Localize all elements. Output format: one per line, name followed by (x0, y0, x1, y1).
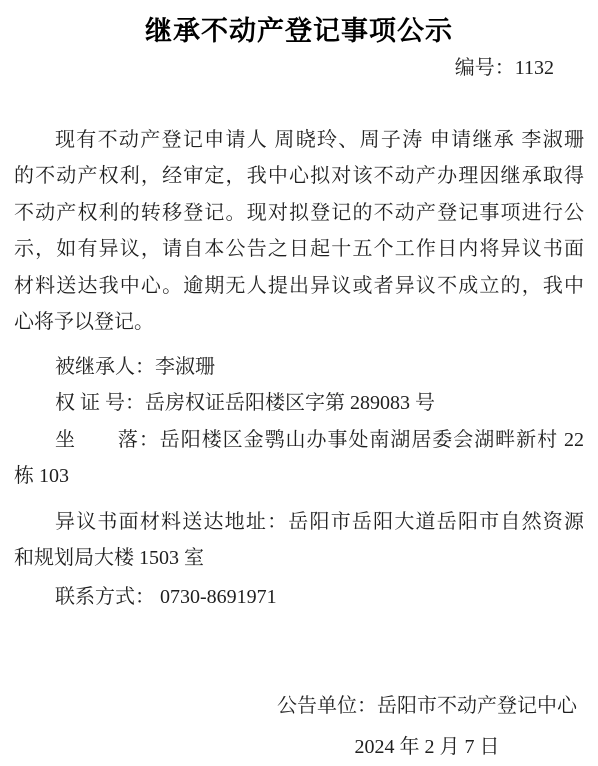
notice-title: 继承不动产登记事项公示 (14, 12, 584, 50)
field-objection-address: 异议书面材料送达地址：岳阳市岳阳大道岳阳市自然资源 和规划局大楼 1503 室 (14, 504, 584, 577)
footer-issuing-unit: 公告单位：岳阳市不动产登记中心 (277, 688, 577, 725)
field-cert-number: 权 证 号：岳房权证岳阳楼区字第 289083 号 (14, 385, 584, 422)
footer-block: 公告单位：岳阳市不动产登记中心 2024 年 2 月 7 日 (277, 688, 584, 765)
doc-number: 编号：1132 (14, 50, 584, 87)
body-line-5: 材料送达我中心。逾期无人提出异议或者异议不成立的，我中 (14, 268, 584, 305)
field-location-line2: 栋 103 (14, 458, 584, 495)
notice-document: 继承不动产登记事项公示 编号：1132 现有不动产登记申请人 周晓玲、周子涛 申… (0, 0, 598, 766)
body-line-4: 示，如有异议，请自本公告之日起十五个工作日内将异议书面 (14, 231, 584, 268)
body-line-3: 不动产权利的转移登记。现对拟登记的不动产登记事项进行公 (14, 195, 584, 232)
field-address-line1: 异议书面材料送达地址：岳阳市岳阳大道岳阳市自然资源 (14, 504, 584, 541)
body-line-6: 心将予以登记。 (14, 304, 584, 341)
body-line-1: 现有不动产登记申请人 周晓玲、周子涛 申请继承 李淑珊 (14, 122, 584, 159)
footer-date: 2024 年 2 月 7 日 (277, 729, 577, 766)
field-heir: 被继承人：李淑珊 (14, 349, 584, 386)
body-line-2: 的不动产权利，经审定，我中心拟对该不动产办理因继承取得 (14, 158, 584, 195)
field-contact: 联系方式： 0730-8691971 (14, 579, 584, 616)
field-address-line2: 和规划局大楼 1503 室 (14, 540, 584, 577)
body-paragraph: 现有不动产登记申请人 周晓玲、周子涛 申请继承 李淑珊 的不动产权利，经审定，我… (14, 122, 584, 341)
detail-fields: 被继承人：李淑珊 权 证 号：岳房权证岳阳楼区字第 289083 号 坐 落：岳… (14, 349, 584, 616)
field-location-line1: 坐 落：岳阳楼区金鹗山办事处南湖居委会湖畔新村 22 (14, 422, 584, 459)
